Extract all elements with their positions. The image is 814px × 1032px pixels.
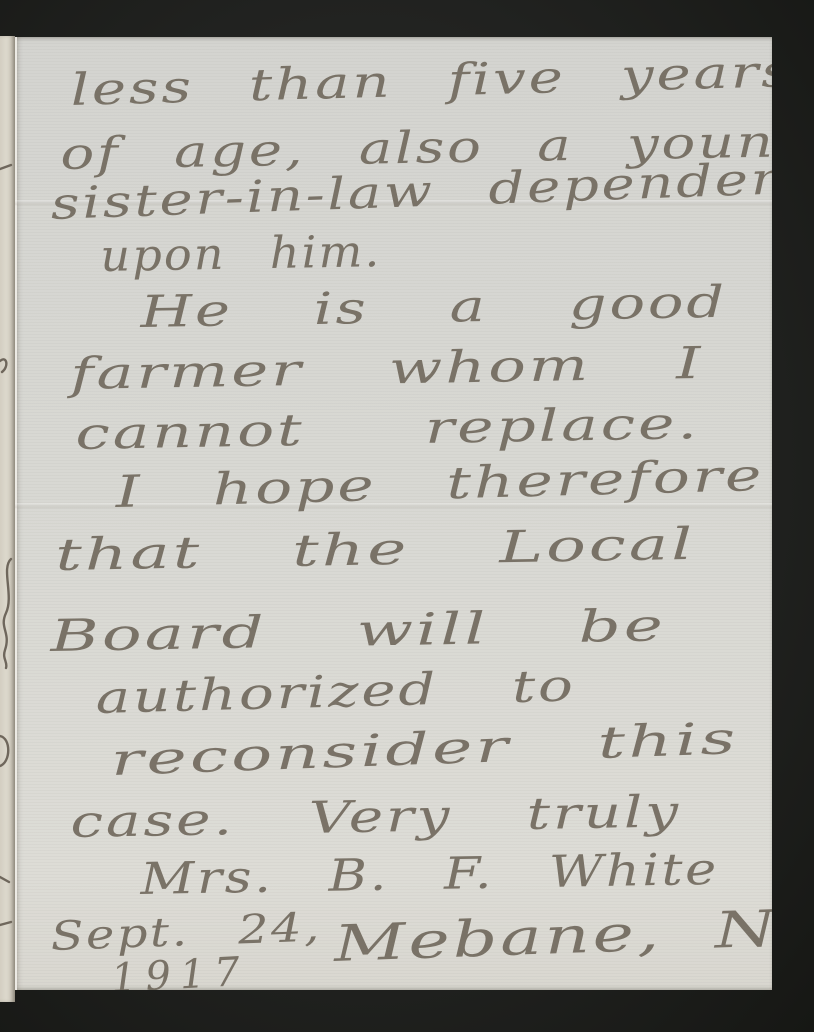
letter-line-1: less than five years: [70, 50, 772, 113]
letter-line-4: upon him.: [100, 230, 382, 279]
signature-line: Mrs. B. F. White: [140, 848, 719, 902]
adjacent-page-edge: [0, 36, 15, 1002]
letter-line-6: farmer whom I: [70, 342, 704, 397]
letter-page: less than five years of age, also a youn…: [15, 37, 772, 990]
letter-line-5: He is a good: [140, 281, 727, 335]
letter-line-8: I hope therefore: [115, 454, 765, 515]
adjacent-page-ink-marks-icon: [0, 36, 15, 1002]
date-line: Sept. 24,: [50, 908, 322, 957]
letter-line-11: authorized to: [95, 664, 576, 721]
letter-line-13: case. Very truly: [70, 790, 681, 845]
scan-mat: less than five years of age, also a youn…: [0, 0, 814, 1032]
year-line: 1917: [110, 952, 250, 990]
letter-line-7: cannot replace.: [75, 402, 700, 457]
letter-line-9: that the Local: [55, 523, 696, 578]
letter-line-12: reconsider this: [110, 717, 739, 783]
place-line: Mebane, N. C.: [333, 898, 772, 969]
letter-line-10: Board will be: [50, 604, 666, 659]
